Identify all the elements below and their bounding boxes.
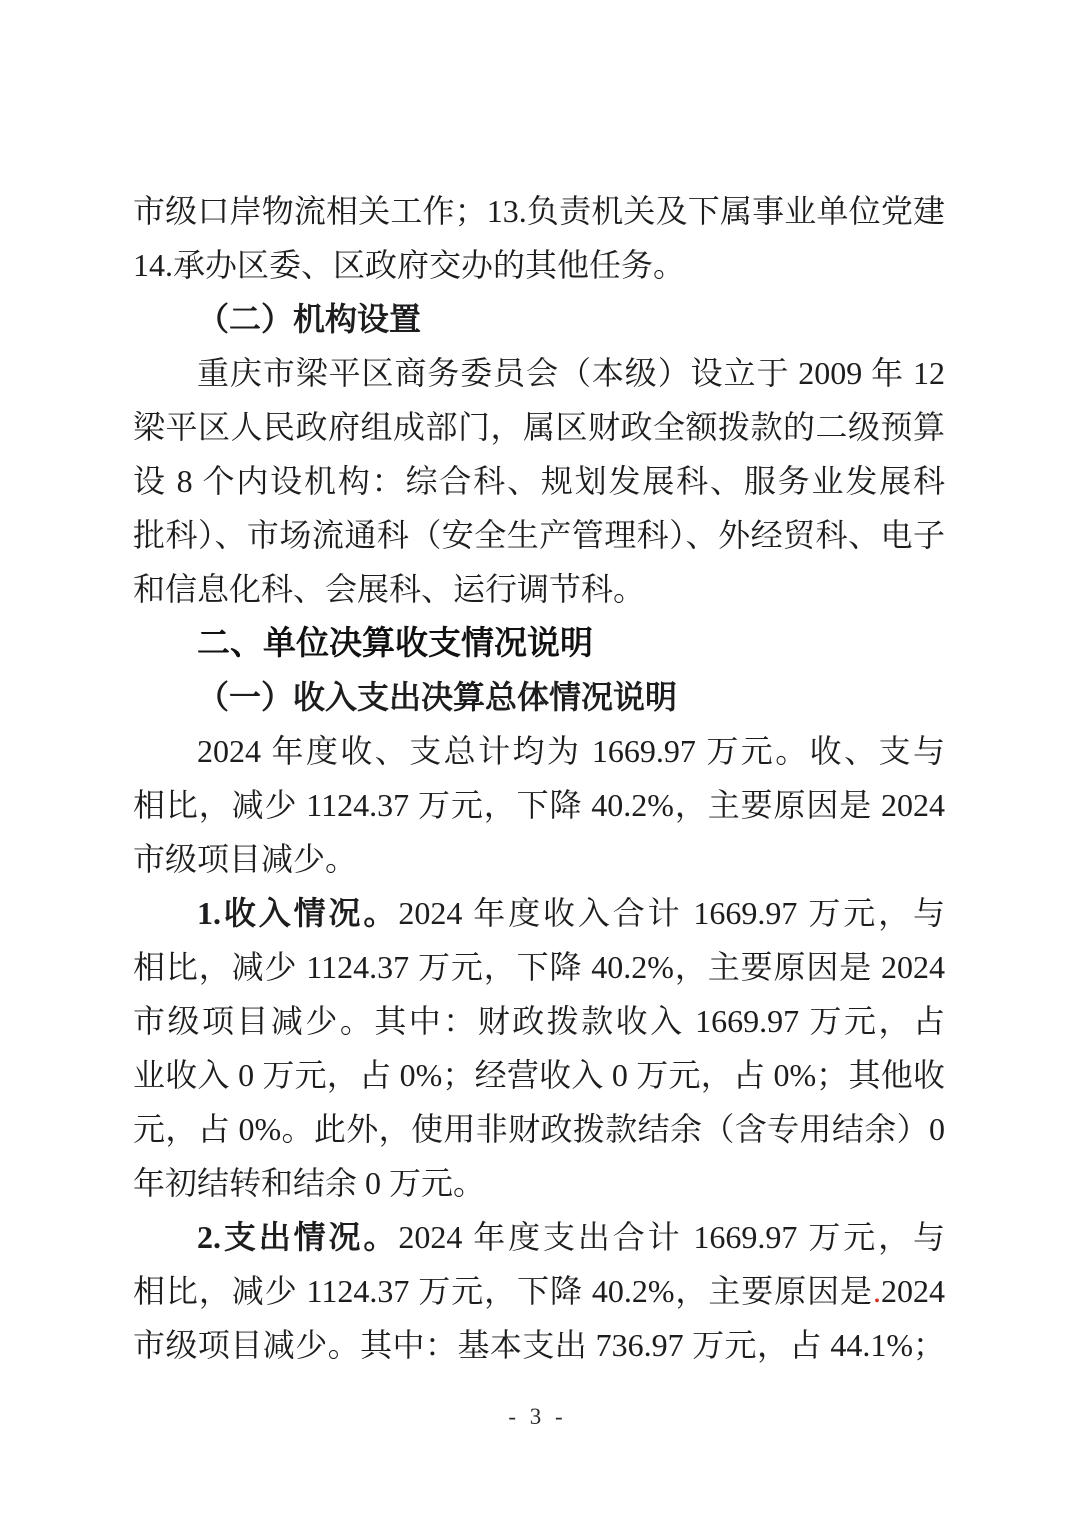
- line-text: 业收入 0 万元，占 0%；经营收入 0 万元，占 0%；其他收入 0 万: [133, 1057, 945, 1102]
- text-line: 市级项目减少。: [133, 832, 945, 886]
- line-text: 市级项目减少。其中：财政拨款收入 1669.97 万元，占 100%；事: [133, 1003, 945, 1048]
- text-line: 业收入 0 万元，占 0%；经营收入 0 万元，占 0%；其他收入 0 万: [133, 1048, 945, 1102]
- line-text: 市级项目减少。: [133, 841, 357, 877]
- subsection-heading-overview: （一）收入支出决算总体情况说明: [133, 670, 945, 724]
- heading-text: （一）收入支出决算总体情况说明: [197, 679, 677, 715]
- text-line: 批科）、市场流通科（安全生产管理科）、外经贸科、电子商务: [133, 508, 945, 562]
- page-number: - 3 -: [0, 1404, 1075, 1430]
- line-text: 和信息化科、会展科、运行调节科。: [133, 571, 645, 607]
- section-heading-budget-explanation: 二、单位决算收支情况说明: [133, 616, 945, 670]
- line-text: 14.承办区委、区政府交办的其他任务。: [133, 247, 685, 283]
- text-line: 2024 年度收、支总计均为 1669.97 万元。收、支与 2023 年度: [133, 724, 945, 778]
- line-text: 相比，减少 1124.37 万元，下降 40.2%，主要原因是 2024 年区级…: [133, 787, 945, 832]
- line-text: 元，占 0%。此外，使用非财政拨款结余（含专用结余）0 万元，: [133, 1111, 945, 1156]
- heading-text: （二）机构设置: [197, 301, 421, 337]
- line-text: 相比，减少 1124.37 万元，下降 40.2%，主要原因是: [133, 1273, 873, 1309]
- paragraph-income-lead-line: 1.收入情况。2024 年度收入合计 1669.97 万元，与 2023 年度: [133, 886, 945, 940]
- text-line: 市级口岸物流相关工作；13.负责机关及下属事业单位党建工作；: [133, 184, 945, 238]
- red-period-mark: .: [873, 1273, 881, 1309]
- text-line: 年初结转和结余 0 万元。: [133, 1156, 945, 1210]
- line-text: 市级项目减少。其中：基本支出 736.97 万元，占 44.1%；项目支: [133, 1327, 945, 1372]
- section-heading-org-setup: （二）机构设置: [133, 292, 945, 346]
- text-line: 市级项目减少。其中：财政拨款收入 1669.97 万元，占 100%；事: [133, 994, 945, 1048]
- text-line: 14.承办区委、区政府交办的其他任务。: [133, 238, 945, 292]
- heading-text: 二、单位决算收支情况说明: [197, 624, 593, 661]
- text-line-with-red-mark: 相比，减少 1124.37 万元，下降 40.2%，主要原因是.2024 年区级…: [133, 1264, 945, 1318]
- text-line: 市级项目减少。其中：基本支出 736.97 万元，占 44.1%；项目支: [133, 1318, 945, 1372]
- text-line: 梁平区人民政府组成部门，属区财政全额拨款的二级预算单位，: [133, 400, 945, 454]
- bold-lead-expense: 2.支出情况。: [197, 1219, 398, 1255]
- document-page: 市级口岸物流相关工作；13.负责机关及下属事业单位党建工作； 14.承办区委、区…: [0, 0, 1075, 1520]
- line-text: 相比，减少 1124.37 万元，下降 40.2%，主要原因是 2024 年区级…: [133, 949, 945, 994]
- line-text: 梁平区人民政府组成部门，属区财政全额拨款的二级预算单位，: [133, 409, 945, 454]
- line-text: 设 8 个内设机构：综合科、规划发展科、服务业发展科（行政审: [133, 463, 945, 508]
- paragraph-expense-lead-line: 2.支出情况。2024 年度支出合计 1669.97 万元，与 2023 年度: [133, 1210, 945, 1264]
- text-line: 元，占 0%。此外，使用非财政拨款结余（含专用结余）0 万元，: [133, 1102, 945, 1156]
- line-text: 批科）、市场流通科（安全生产管理科）、外经贸科、电子商务: [133, 517, 945, 562]
- text-line: 相比，减少 1124.37 万元，下降 40.2%，主要原因是 2024 年区级…: [133, 778, 945, 832]
- document-body: 市级口岸物流相关工作；13.负责机关及下属事业单位党建工作； 14.承办区委、区…: [133, 184, 945, 1372]
- bold-lead-income: 1.收入情况。: [197, 895, 398, 931]
- line-text: 市级口岸物流相关工作；13.负责机关及下属事业单位党建工作；: [133, 193, 945, 238]
- text-line: 和信息化科、会展科、运行调节科。: [133, 562, 945, 616]
- line-text: 重庆市梁平区商务委员会（本级）设立于 2009 年 12 月，为: [133, 355, 945, 400]
- line-text: 2024 年度收、支总计均为 1669.97 万元。收、支与 2023 年度: [133, 733, 945, 778]
- text-line: 相比，减少 1124.37 万元，下降 40.2%，主要原因是 2024 年区级…: [133, 940, 945, 994]
- text-line: 设 8 个内设机构：综合科、规划发展科、服务业发展科（行政审: [133, 454, 945, 508]
- line-text: 年初结转和结余 0 万元。: [133, 1165, 485, 1201]
- text-line: 重庆市梁平区商务委员会（本级）设立于 2009 年 12 月，为: [133, 346, 945, 400]
